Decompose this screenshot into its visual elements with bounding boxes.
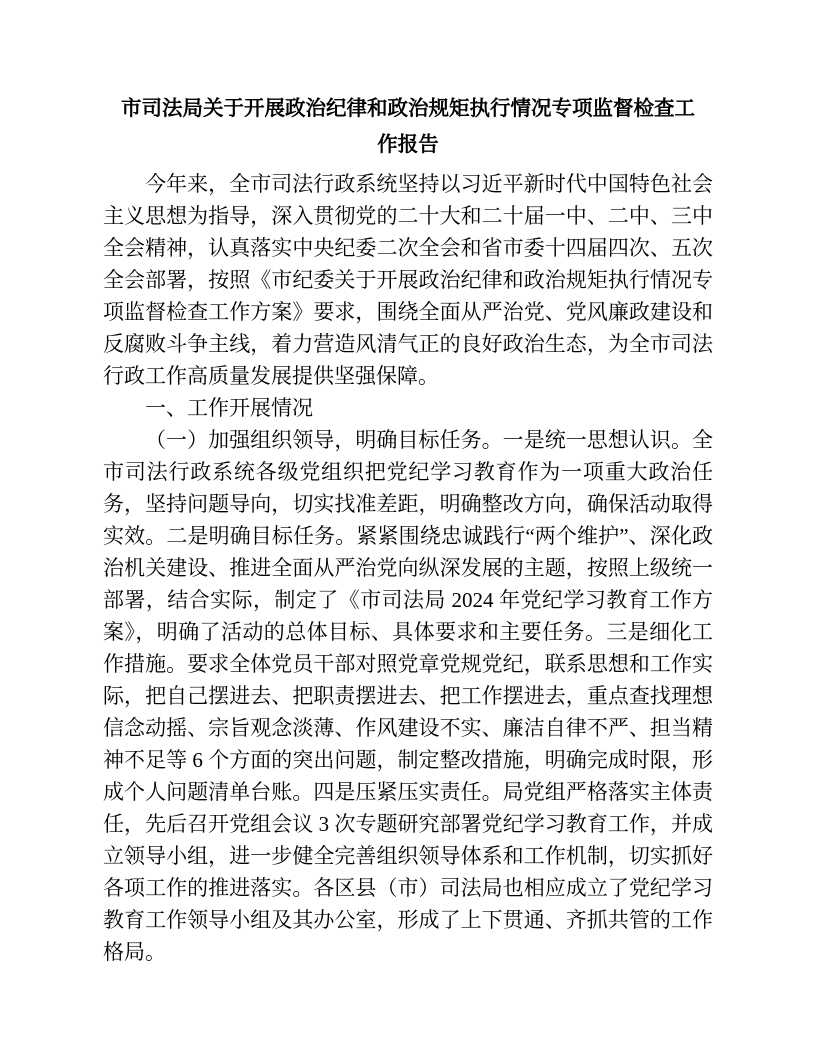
document-page: 市司法局关于开展政治纪律和政治规矩执行情况专项监督检查工作报告 今年来，全市司法… (0, 0, 816, 1056)
section-heading-1: 一、工作开展情况 (103, 392, 713, 424)
report-title: 市司法局关于开展政治纪律和政治规矩执行情况专项监督检查工作报告 (113, 91, 703, 163)
paragraph-intro: 今年来，全市司法行政系统坚持以习近平新时代中国特色社会主义思想为指导，深入贯彻党… (103, 168, 713, 392)
paragraph-section-1-body: （一）加强组织领导，明确目标任务。一是统一思想认识。全市司法行政系统各级党组织把… (103, 424, 713, 968)
